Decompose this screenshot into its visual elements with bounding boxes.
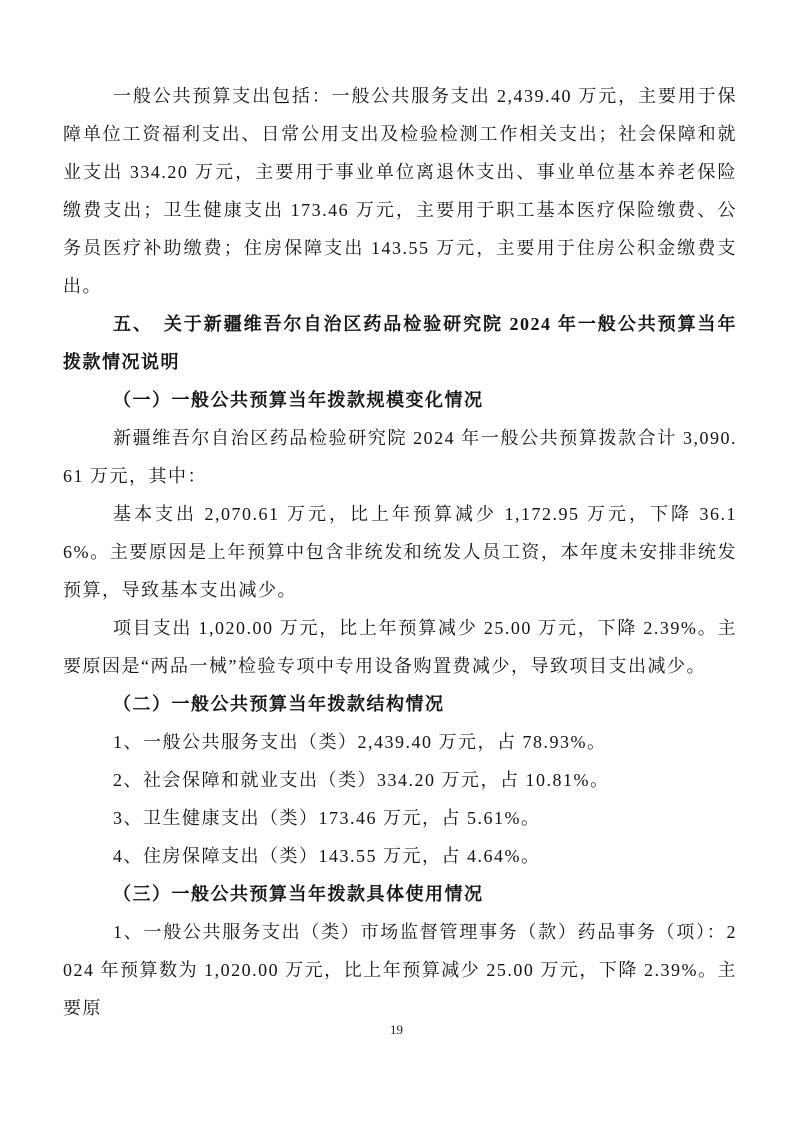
paragraph-total-appropriation: 新疆维吾尔自治区药品检验研究院 2024 年一般公共预算拨款合计 3,090.6…: [63, 419, 737, 495]
subsection-heading-1-scale-change: （一）一般公共预算当年拨款规模变化情况: [63, 381, 737, 419]
paragraph-basic-expenditure: 基本支出 2,070.61 万元，比上年预算减少 1,172.95 万元，下降 …: [63, 495, 737, 609]
subsection-heading-3-specific-usage: （三）一般公共预算当年拨款具体使用情况: [63, 875, 737, 913]
paragraph-specific-usage-item-1: 1、一般公共服务支出（类）市场监督管理事务（款）药品事务（项）：2024 年预算…: [63, 913, 737, 1027]
list-item-housing-security: 4、住房保障支出（类）143.55 万元，占 4.64%。: [63, 837, 737, 875]
document-page: 一般公共预算支出包括：一般公共服务支出 2,439.40 万元，主要用于保障单位…: [0, 0, 793, 1122]
subsection-heading-2-structure: （二）一般公共预算当年拨款结构情况: [63, 685, 737, 723]
document-text-block: 一般公共预算支出包括：一般公共服务支出 2,439.40 万元，主要用于保障单位…: [63, 77, 737, 1027]
list-item-health: 3、卫生健康支出（类）173.46 万元，占 5.61%。: [63, 799, 737, 837]
page-number: 19: [0, 1020, 793, 1040]
list-item-social-security-employment: 2、社会保障和就业支出（类）334.20 万元，占 10.81%。: [63, 761, 737, 799]
list-item-general-public-service: 1、一般公共服务支出（类）2,439.40 万元，占 78.93%。: [63, 723, 737, 761]
paragraph-budget-expenditure-summary: 一般公共预算支出包括：一般公共服务支出 2,439.40 万元，主要用于保障单位…: [63, 77, 737, 305]
section-heading-5: 五、 关于新疆维吾尔自治区药品检验研究院 2024 年一般公共预算当年拨款情况说…: [63, 305, 737, 381]
paragraph-project-expenditure: 项目支出 1,020.00 万元，比上年预算减少 25.00 万元，下降 2.3…: [63, 609, 737, 685]
